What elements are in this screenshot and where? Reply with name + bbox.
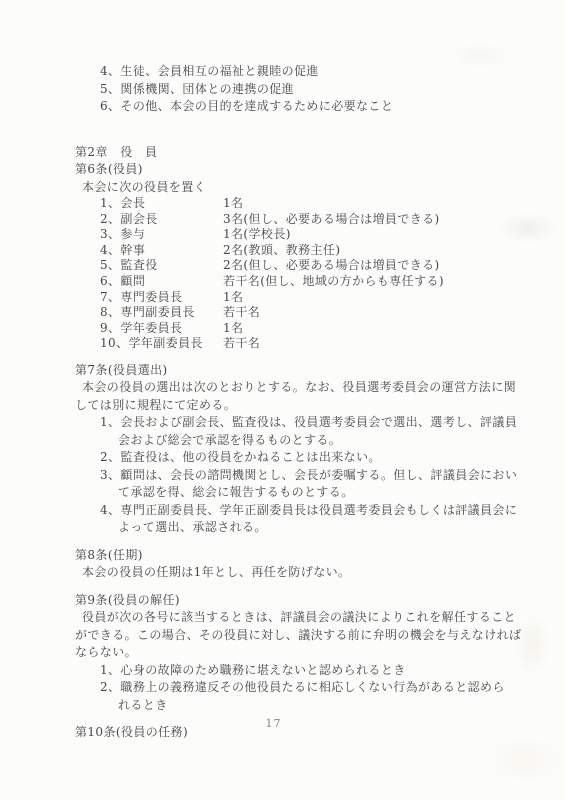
doc-line: て承認を得、総会に報告するものとする。 (118, 484, 565, 502)
officer-row: 4、幹事2名(教頭、教務主任) (100, 243, 565, 259)
officer-row: 2、副会長3名(但し、必要ある場合は増員できる) (100, 212, 565, 228)
officer-label: 4、幹事 (100, 243, 223, 259)
doc-line: 第6条(役員) (75, 161, 565, 179)
doc-line: 6、その他、本会の目的を達成するために必要なこと (100, 98, 565, 116)
page-number: 17 (0, 717, 547, 730)
officer-row: 3、参与1名(学校長) (100, 227, 565, 243)
doc-line: 第7条(役員選出) (75, 362, 565, 380)
officer-count: 若干名 (223, 336, 565, 352)
doc-line: 4、生徒、会員相互の福祉と親睦の促進 (100, 63, 565, 81)
doc-line: 役員が次の各号に該当するときは、評議員会の議決によりこれを解任すること (82, 609, 565, 627)
doc-line: よって選出、承認される。 (118, 519, 565, 537)
doc-line: れるとき (118, 697, 565, 715)
doc-line: 2、職務上の義務違反その他役員たるに相応しくない行為があると認めら (100, 679, 565, 697)
doc-line: 3、顧問は、会長の諮問機関とし、会長が委嘱する。但し、評議員会におい (100, 467, 565, 485)
doc-line: 4、専門正副委員長、学年正副委員長は役員選考委員会もしくは評議員会に (100, 502, 565, 520)
doc-line: 5、関係機関、団体との連携の促進 (100, 81, 565, 99)
doc-line: 2、監査役は、他の役員をかねることは出来ない。 (100, 449, 565, 467)
doc-line: ができる。この場合、その役員に対し、議決する前に弁明の機会を与えなければ (75, 627, 565, 645)
officer-label: 2、副会長 (100, 212, 223, 228)
officer-label: 10、学年副委員長 (100, 336, 223, 352)
officer-count: 1名 (223, 196, 565, 212)
doc-line: しては別に規程にて定める。 (75, 397, 565, 415)
officer-count: 3名(但し、必要ある場合は増員できる) (223, 212, 565, 228)
officer-count: 1名 (223, 321, 565, 337)
officer-label: 1、会長 (100, 196, 223, 212)
officer-label: 8、専門副委員長 (100, 305, 223, 321)
officer-row: 1、会長1名 (100, 196, 565, 212)
officer-count: 若干名 (223, 305, 565, 321)
doc-line: 第8条(任期) (75, 547, 565, 565)
doc-line: 1、心身の故障のため職務に堪えないと認められるとき (100, 662, 565, 680)
officer-label: 7、専門委員長 (100, 290, 223, 306)
doc-line: 本会の役員の任期は1年とし、再任を防げない。 (82, 564, 565, 582)
doc-line: 本会の役員の選出は次のとおりとする。なお、役員選考委員会の運営方法に関 (82, 379, 565, 397)
officer-label: 5、監査役 (100, 258, 223, 274)
doc-line: 本会に次の役員を置く (82, 179, 565, 197)
officer-row: 5、監査役2名(但し、必要ある場合は増員できる) (100, 258, 565, 274)
officer-row: 9、学年委員長1名 (100, 321, 565, 337)
officer-count: 2名(教頭、教務主任) (223, 243, 565, 259)
officer-count: 若干名(但し、地域の方からも専任する) (223, 274, 565, 290)
scanned-document-page: 4、生徒、会員相互の福祉と親睦の促進5、関係機関、団体との連携の促進6、その他、… (0, 0, 565, 800)
doc-line: 会および総会で承認を得るものとする。 (118, 432, 565, 450)
officer-row: 10、学年副委員長若干名 (100, 336, 565, 352)
doc-line: 第9条(役員の解任) (75, 592, 565, 610)
officer-count: 1名(学校長) (223, 227, 565, 243)
doc-line: 1、会長および副会長、監査役は、役員選考委員会で選出、選考し、評議員 (100, 414, 565, 432)
officer-label: 3、参与 (100, 227, 223, 243)
doc-line: 第2章 役 員 (75, 144, 565, 162)
doc-line: ならない。 (75, 644, 565, 662)
officer-row: 8、専門副委員長若干名 (100, 305, 565, 321)
doc-content: 4、生徒、会員相互の福祉と親睦の促進5、関係機関、団体との連携の促進6、その他、… (0, 0, 565, 742)
officer-count: 1名 (223, 290, 565, 306)
officer-row: 7、専門委員長1名 (100, 290, 565, 306)
officer-label: 6、顧問 (100, 274, 223, 290)
officer-row: 6、顧問若干名(但し、地域の方からも専任する) (100, 274, 565, 290)
officer-label: 9、学年委員長 (100, 321, 223, 337)
officer-count: 2名(但し、必要ある場合は増員できる) (223, 258, 565, 274)
